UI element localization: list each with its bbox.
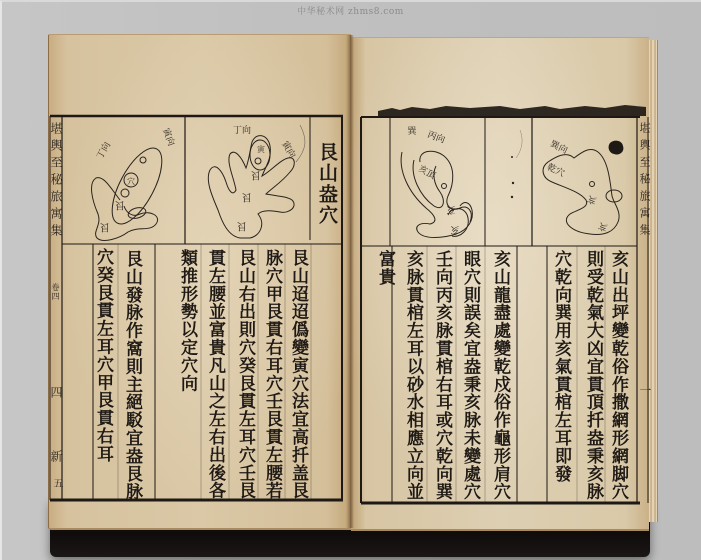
left-margin-volume: 卷四 xyxy=(51,283,60,301)
text-column: 穴乾向巽用亥氣貫棺左耳即發 xyxy=(552,250,570,483)
left-margin-leaf-number: 四 xyxy=(49,386,62,403)
text-column: 脉穴甲艮貫右耳穴壬艮貫左腰若 xyxy=(263,249,281,500)
text-column: 富貴 xyxy=(376,250,394,286)
text-column: 亥山出坪變乾俗作撒網形網脚穴 xyxy=(609,250,627,501)
book-gutter xyxy=(346,35,354,528)
text-column: 壬向丙亥脉貫棺右耳或穴乾向巽 xyxy=(433,250,451,501)
right-margin-mark: 一 xyxy=(638,384,651,401)
page-edge-stack xyxy=(648,40,658,522)
text-column: 亥山龍盡處變乾戍俗作龜形肩穴 xyxy=(491,250,509,501)
text-column: 則受乾氣大凶宜貫頂扦盎秉亥脉 xyxy=(584,250,602,501)
left-margin-footer-1: 新 xyxy=(49,450,62,467)
text-column: 類推形勢以定穴向 xyxy=(178,249,196,392)
watermark: 中华秘术网 zhms8.com xyxy=(0,4,701,17)
text-column: 貫左腰並富貴凡山之左右出後各 xyxy=(206,249,224,500)
text-column: 眼穴則誤矣宜盎秉亥脉未變處穴 xyxy=(461,250,479,501)
text-column: 穴癸艮貫左耳穴甲艮貫右耳 xyxy=(94,248,112,463)
right-margin-book-title: 堪輿至秘旅寓集 xyxy=(638,122,651,241)
text-column: 艮山發脉作窩則主絕駁宜盎艮脉 xyxy=(123,250,141,501)
left-margin-book-title: 堪輿至秘旅寓集 xyxy=(49,122,62,241)
text-column: 亥脉貫棺左耳以砂水相應立向並 xyxy=(404,250,422,501)
text-column: 艮山右出則穴癸艮貫左耳穴壬艮 xyxy=(236,249,254,500)
left-margin-footer-2: 五 xyxy=(50,478,63,493)
text-column: 艮山迢迢僞變寅穴法宜高扦盖艮 xyxy=(289,249,307,500)
section-title: 艮山盎穴 xyxy=(317,142,337,226)
